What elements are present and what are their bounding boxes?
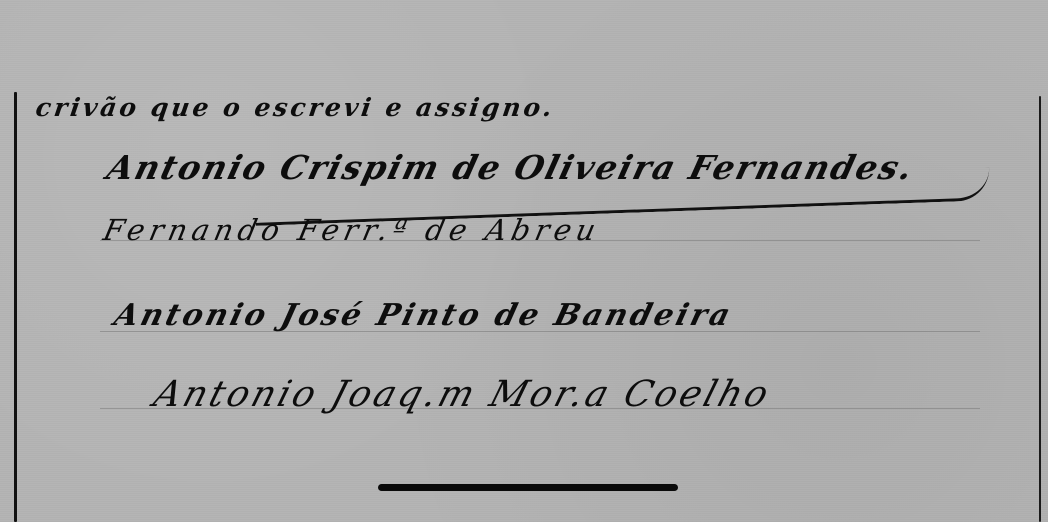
closing-text: crivão que o escrevi e assigno. [34,93,557,122]
right-margin-line [1039,96,1041,522]
signature-antonio-jose-pinto-bandeira: Antonio José Pinto de Bandeira [111,298,737,333]
left-margin-line [14,92,17,522]
document-page: crivão que o escrevi e assigno. Antonio … [0,0,1048,522]
signature-antonio-joaquim-coelho: Antonio Joaq.m Mor.a Coelho [149,374,776,415]
signature-fernando-abreu: Fernando Ferr.ª de Abreu [100,213,603,247]
closing-rule [378,484,678,491]
